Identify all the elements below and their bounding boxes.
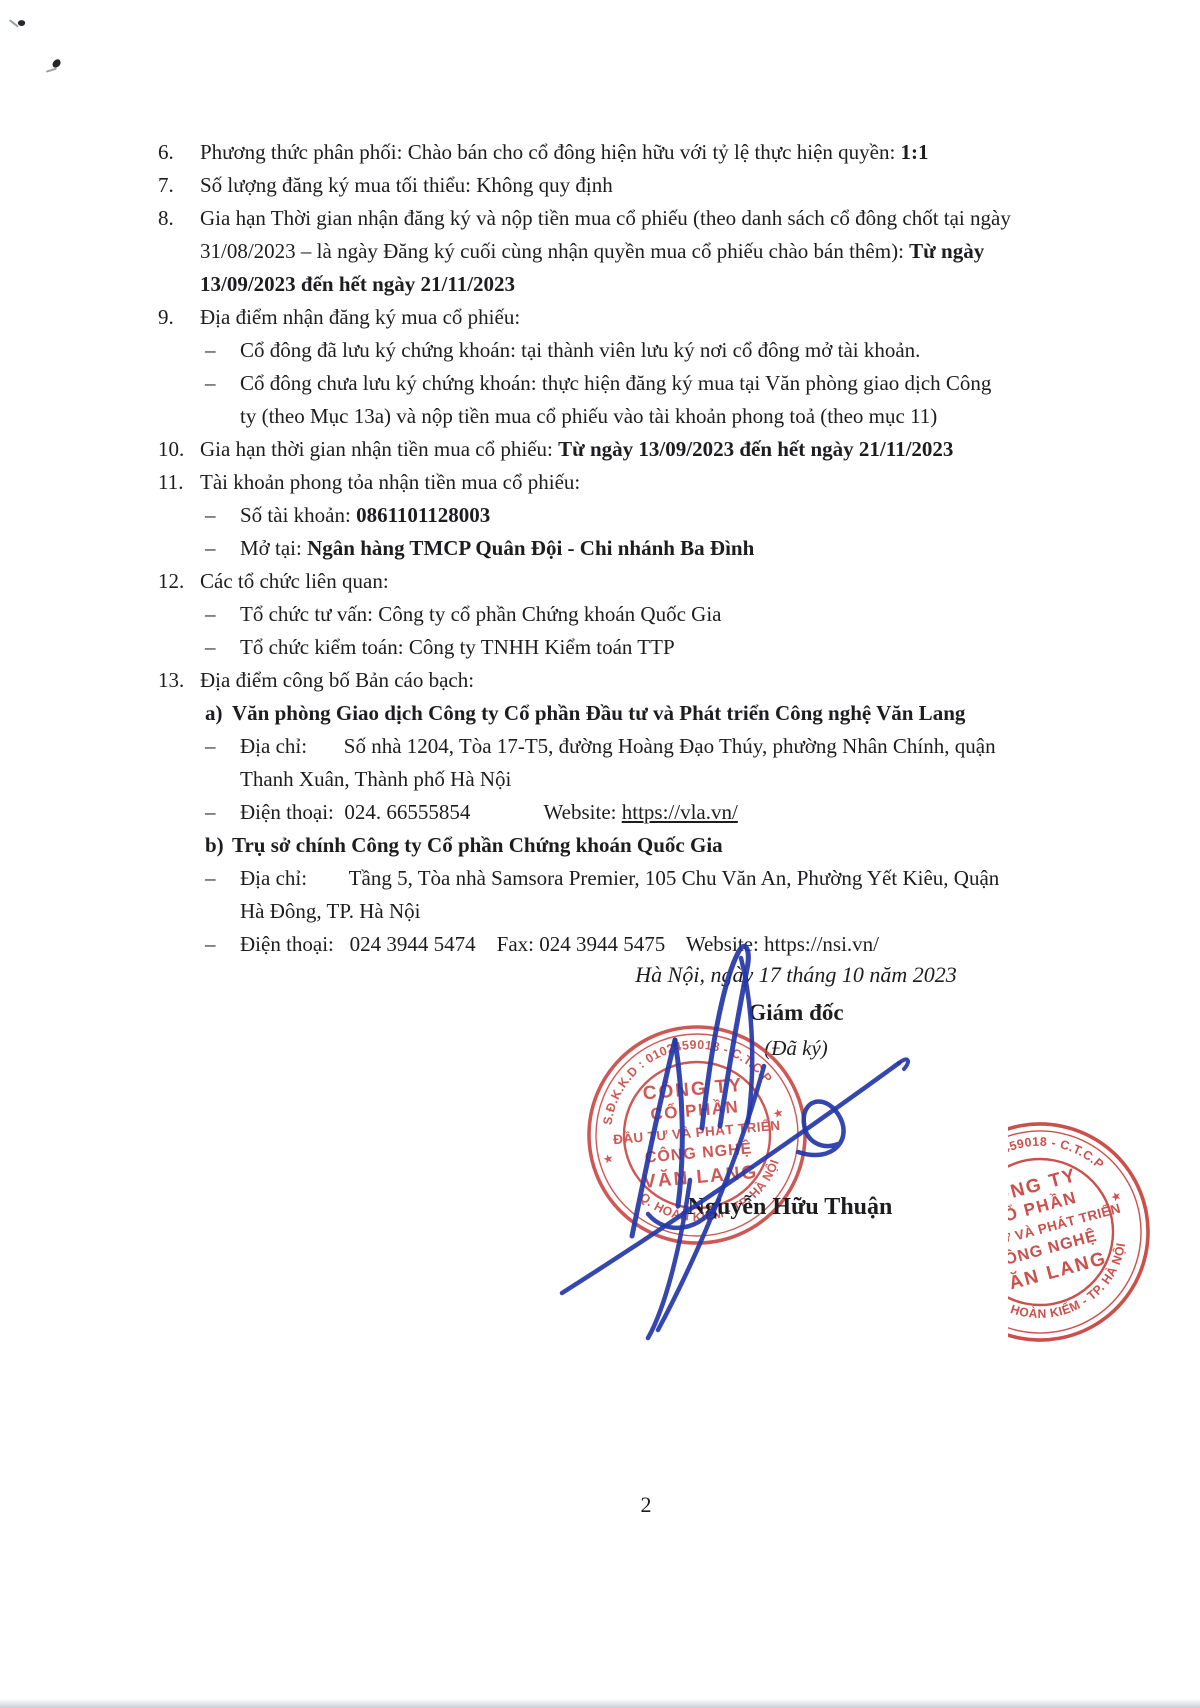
list-item-marker: 10. [158, 433, 200, 466]
list-item-text: Mở tại: Ngân hàng TMCP Quân Đội - Chi nh… [240, 532, 1052, 565]
list-item-marker: 11. [158, 466, 200, 499]
list-item: –Điện thoại: 024. 66555854 Website: http… [205, 796, 1052, 829]
list-item: –Cổ đông đã lưu ký chứng khoán: tại thàn… [205, 334, 1052, 367]
partial-company-stamp: S.Đ.K.K.D : 0102459018 - C.T.C.P Q. HOÀN… [1008, 1118, 1172, 1356]
list-item-marker: 12. [158, 565, 200, 598]
company-stamp-graphic: S.Đ.K.K.D : 0102459018 - C.T.C.P Q. HOÀN… [1008, 1118, 1172, 1356]
list-item-text: Số lượng đăng ký mua tối thiểu: Không qu… [200, 169, 1052, 202]
date-place-line: Hà Nội, ngày 17 tháng 10 năm 2023 [628, 962, 964, 988]
list-item: –Điện thoại: 024 3944 5474 Fax: 024 3944… [205, 928, 1052, 961]
text-segment: Các tổ chức liên quan: [200, 569, 389, 593]
link-text: https://vla.vn/ [622, 800, 738, 824]
text-segment: Tổ chức kiểm toán: Công ty TNHH Kiểm toá… [240, 635, 675, 659]
list-item: b)Trụ sở chính Công ty Cổ phần Chứng kho… [205, 829, 1052, 862]
list-item-marker: – [205, 928, 240, 961]
star-icon: ★ [601, 1151, 615, 1167]
text-segment: Mở tại: [240, 536, 307, 560]
list-item-text: Trụ sở chính Công ty Cổ phần Chứng khoán… [232, 829, 1052, 862]
text-segment: Ngân hàng TMCP Quân Đội - Chi nhánh Ba Đ… [307, 536, 754, 560]
list-item: 7.Số lượng đăng ký mua tối thiểu: Không … [158, 169, 1052, 202]
text-segment: Phương thức phân phối: Chào bán cho cổ đ… [200, 140, 901, 164]
list-item-marker: 6. [158, 136, 200, 169]
text-segment: Số lượng đăng ký mua tối thiểu: Không qu… [200, 173, 613, 197]
document-list: 6.Phương thức phân phối: Chào bán cho cổ… [0, 0, 1200, 961]
list-item-marker: – [205, 631, 240, 664]
list-item: 12.Các tổ chức liên quan: [158, 565, 1052, 598]
text-segment: Điện thoại: 024. 66555854 Website: [240, 800, 622, 824]
svg-text:ĐẦU TƯ VÀ PHÁT TRIỂN: ĐẦU TƯ VÀ PHÁT TRIỂN [613, 1118, 781, 1148]
list-item: –Số tài khoản: 0861101128003 [205, 499, 1052, 532]
list-item: 8.Gia hạn Thời gian nhận đăng ký và nộp … [158, 202, 1052, 301]
text-segment: Địa chỉ: Tầng 5, Tòa nhà Samsora Premier… [240, 866, 999, 923]
list-item-marker: – [205, 532, 240, 565]
text-segment: Cổ đông đã lưu ký chứng khoán: tại thành… [240, 338, 920, 362]
list-item-text: Địa chỉ: Tầng 5, Tòa nhà Samsora Premier… [240, 862, 1052, 928]
list-item-text: Cổ đông đã lưu ký chứng khoán: tại thành… [240, 334, 1052, 367]
list-item-text: Tổ chức kiểm toán: Công ty TNHH Kiểm toá… [240, 631, 1052, 664]
list-item-marker: – [205, 367, 240, 400]
list-item-marker: 13. [158, 664, 200, 697]
list-item-text: Địa điểm nhận đăng ký mua cổ phiếu: [200, 301, 1052, 334]
list-item-marker: – [205, 796, 240, 829]
list-item: a)Văn phòng Giao dịch Công ty Cổ phần Đầ… [205, 697, 1052, 730]
scan-bottom-edge [0, 1699, 1200, 1708]
list-item: 13.Địa điểm công bố Bản cáo bạch: [158, 664, 1052, 697]
list-item-text: Địa điểm công bố Bản cáo bạch: [200, 664, 1052, 697]
text-segment: Tổ chức tư vấn: Công ty cổ phần Chứng kh… [240, 602, 721, 626]
text-segment: Từ ngày 13/09/2023 đến hết ngày 21/11/20… [558, 437, 953, 461]
list-item: –Địa chỉ: Tầng 5, Tòa nhà Samsora Premie… [205, 862, 1052, 928]
list-item-text: Phương thức phân phối: Chào bán cho cổ đ… [200, 136, 1052, 169]
list-item: 10.Gia hạn thời gian nhận tiền mua cổ ph… [158, 433, 1052, 466]
list-item-marker: 7. [158, 169, 200, 202]
list-item-marker: – [205, 598, 240, 631]
list-item-text: Điện thoại: 024. 66555854 Website: https… [240, 796, 1052, 829]
text-segment: Địa điểm nhận đăng ký mua cổ phiếu: [200, 305, 520, 329]
svg-text:VĂN LANG: VĂN LANG [642, 1161, 759, 1193]
list-item-text: Địa chỉ: Số nhà 1204, Tòa 17-T5, đường H… [240, 730, 1052, 796]
list-item: –Cổ đông chưa lưu ký chứng khoán: thực h… [205, 367, 1052, 433]
text-segment: Cổ đông chưa lưu ký chứng khoán: thực hi… [240, 371, 991, 428]
text-segment: Văn phòng Giao dịch Công ty Cổ phần Đầu … [232, 701, 965, 725]
list-item-marker: a) [205, 697, 232, 730]
text-segment: Số tài khoản: [240, 503, 356, 527]
list-item: 11.Tài khoản phong tỏa nhận tiền mua cổ … [158, 466, 1052, 499]
text-segment: Tài khoản phong tỏa nhận tiền mua cổ phi… [200, 470, 580, 494]
company-stamp: S.Đ.K.K.D : 0102459018 - C.T.C.P Q. HOÀN… [557, 995, 837, 1275]
list-item-text: Các tổ chức liên quan: [200, 565, 1052, 598]
list-item: –Tổ chức kiểm toán: Công ty TNHH Kiểm to… [205, 631, 1052, 664]
company-stamp-graphic: S.Đ.K.K.D : 0102459018 - C.T.C.P Q. HOÀN… [557, 995, 837, 1275]
page-number: 2 [626, 1492, 666, 1518]
list-item-marker: 8. [158, 202, 200, 235]
list-item: 9.Địa điểm nhận đăng ký mua cổ phiếu: [158, 301, 1052, 334]
list-item-marker: – [205, 334, 240, 367]
list-item-marker: b) [205, 829, 232, 862]
list-item-marker: – [205, 730, 240, 763]
text-segment: Điện thoại: 024 3944 5474 Fax: 024 3944 … [240, 932, 879, 956]
list-item: –Địa chỉ: Số nhà 1204, Tòa 17-T5, đường … [205, 730, 1052, 796]
scanned-document-page: 6.Phương thức phân phối: Chào bán cho cổ… [0, 0, 1200, 1708]
list-item-text: Điện thoại: 024 3944 5474 Fax: 024 3944 … [240, 928, 1052, 961]
list-item-text: Gia hạn Thời gian nhận đăng ký và nộp ti… [200, 202, 1052, 301]
text-segment: Gia hạn thời gian nhận tiền mua cổ phiếu… [200, 437, 558, 461]
list-item: –Tổ chức tư vấn: Công ty cổ phần Chứng k… [205, 598, 1052, 631]
list-item-text: Văn phòng Giao dịch Công ty Cổ phần Đầu … [232, 697, 1052, 730]
text-segment: Địa chỉ: Số nhà 1204, Tòa 17-T5, đường H… [240, 734, 996, 791]
list-item-text: Cổ đông chưa lưu ký chứng khoán: thực hi… [240, 367, 1052, 433]
list-item-text: Tài khoản phong tỏa nhận tiền mua cổ phi… [200, 466, 1052, 499]
list-item-text: Tổ chức tư vấn: Công ty cổ phần Chứng kh… [240, 598, 1052, 631]
text-segment: Trụ sở chính Công ty Cổ phần Chứng khoán… [232, 833, 723, 857]
list-item-text: Gia hạn thời gian nhận tiền mua cổ phiếu… [200, 433, 1052, 466]
text-segment: Địa điểm công bố Bản cáo bạch: [200, 668, 474, 692]
list-item-marker: – [205, 862, 240, 895]
list-item-marker: 9. [158, 301, 200, 334]
text-segment: 1:1 [901, 140, 929, 164]
signer-name: Nguyễn Hữu Thuận [622, 1194, 958, 1221]
text-segment: Gia hạn Thời gian nhận đăng ký và nộp ti… [200, 206, 1011, 263]
list-item-text: Số tài khoản: 0861101128003 [240, 499, 1052, 532]
list-item-marker: – [205, 499, 240, 532]
list-item: 6.Phương thức phân phối: Chào bán cho cổ… [158, 136, 1052, 169]
text-segment: 0861101128003 [356, 503, 490, 527]
list-item: –Mở tại: Ngân hàng TMCP Quân Đội - Chi n… [205, 532, 1052, 565]
